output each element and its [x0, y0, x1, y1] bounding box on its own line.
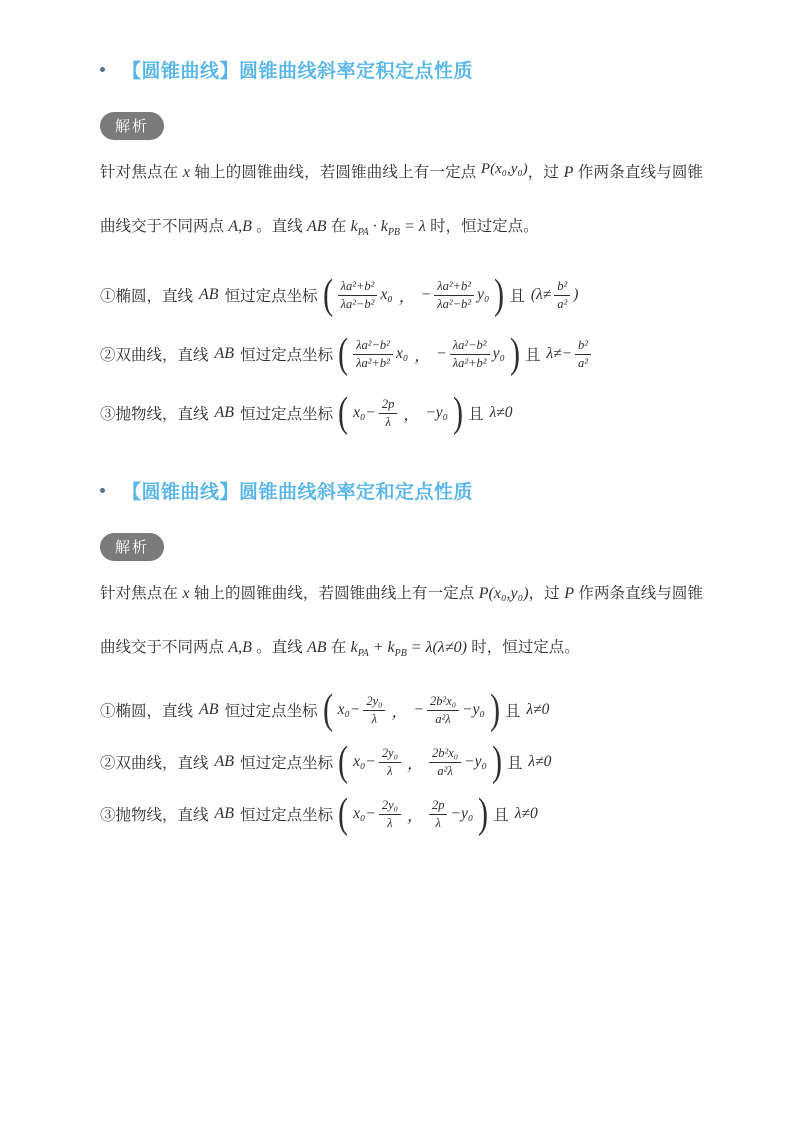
formula-label: ③抛物线，直线	[100, 803, 209, 825]
lambda-condition: λ≠0	[515, 805, 538, 823]
formula-hyperbola: ②双曲线，直线 AB 恒过定点坐标 ( λa²−b²λa²+b²x₀ ， −λa…	[100, 330, 703, 378]
and-label: 且	[468, 402, 484, 424]
and-label: 且	[493, 803, 509, 825]
formula-label-post: 恒过定点坐标	[240, 402, 333, 424]
close-paren: )	[510, 333, 520, 375]
formula-parabola: ③抛物线，直线 AB 恒过定点坐标 ( x₀−2pλ ， −y₀ ) 且 λ≠0	[100, 389, 703, 437]
page-content: 【圆锥曲线】圆锥曲线斜率定积定点性质 解析 针对焦点在 x 轴上的圆锥曲线，若圆…	[0, 0, 793, 837]
lambda-condition: λ≠0	[526, 701, 549, 719]
x-coordinate: x₀−2y₀λ	[353, 797, 401, 832]
section-heading: 【圆锥曲线】圆锥曲线斜率定积定点性质	[100, 56, 703, 83]
line-ab: AB	[199, 286, 219, 304]
close-paren: )	[494, 274, 504, 316]
line-ab: AB	[215, 404, 235, 422]
close-paren: )	[478, 793, 488, 835]
line-ab: AB	[215, 345, 235, 363]
section-slope-sum: 【圆锥曲线】圆锥曲线斜率定和定点性质 解析 针对焦点在 x 轴上的圆锥曲线，若圆…	[100, 477, 703, 837]
open-paren: (	[338, 741, 348, 783]
analysis-badge: 解析	[100, 533, 164, 561]
formula-hyperbola: ②双曲线，直线 AB 恒过定点坐标 ( x₀−2y₀λ ， 2b²x₀a²λ−y…	[100, 739, 703, 785]
lambda-condition: λ≠0	[490, 404, 513, 422]
and-label: 且	[505, 699, 521, 721]
coordinate-separator: ，	[399, 284, 415, 307]
formula-label-post: 恒过定点坐标	[225, 284, 318, 306]
formula-ellipse: ①椭圆，直线 AB 恒过定点坐标 ( x₀−2y₀λ ， −2b²x₀a²λ−y…	[100, 687, 703, 733]
formula-label: ②双曲线，直线	[100, 343, 209, 365]
formula-parabola: ③抛物线，直线 AB 恒过定点坐标 ( x₀−2y₀λ ， 2pλ−y₀ ) 且…	[100, 791, 703, 837]
formula-label: ①椭圆，直线	[100, 284, 193, 306]
x-coordinate: x₀−2y₀λ	[353, 745, 401, 780]
open-paren: (	[338, 793, 348, 835]
formula-label: ②双曲线，直线	[100, 751, 209, 773]
formula-label-post: 恒过定点坐标	[240, 803, 333, 825]
and-label: 且	[525, 343, 541, 365]
section-slope-product: 【圆锥曲线】圆锥曲线斜率定积定点性质 解析 针对焦点在 x 轴上的圆锥曲线，若圆…	[100, 56, 703, 437]
close-paren: )	[453, 392, 463, 434]
y-coordinate: −λa²−b²λa²+b²y₀	[436, 337, 505, 372]
intro-paragraph: 针对焦点在 x 轴上的圆锥曲线，若圆锥曲线上有一定点 P(x₀,y₀)，过 P …	[100, 567, 703, 681]
x-coordinate: λa²+b²λa²−b²x₀	[338, 278, 393, 313]
close-paren: )	[492, 741, 502, 783]
y-coordinate: 2b²x₀a²λ−y₀	[429, 745, 487, 780]
formula-label-post: 恒过定点坐标	[225, 699, 318, 721]
close-paren: )	[490, 689, 500, 731]
line-ab: AB	[215, 805, 235, 823]
intro-paragraph: 针对焦点在 x 轴上的圆锥曲线，若圆锥曲线上有一定点 P(x₀,y₀)，过 P …	[100, 146, 703, 260]
lambda-condition: λ≠−b²a²	[546, 337, 591, 372]
section-heading: 【圆锥曲线】圆锥曲线斜率定和定点性质	[100, 477, 703, 504]
open-paren: (	[323, 689, 333, 731]
lambda-condition: λ≠0	[528, 753, 551, 771]
formula-label-post: 恒过定点坐标	[240, 751, 333, 773]
formula-ellipse: ①椭圆，直线 AB 恒过定点坐标 ( λa²+b²λa²−b²x₀ ， −λa²…	[100, 271, 703, 319]
and-label: 且	[509, 284, 525, 306]
formula-label: ③抛物线，直线	[100, 402, 209, 424]
y-coordinate: 2pλ−y₀	[429, 797, 473, 832]
section-title: 【圆锥曲线】圆锥曲线斜率定和定点性质	[122, 477, 473, 504]
open-paren: (	[323, 274, 333, 316]
lambda-condition: (λ≠b²a²)	[531, 278, 579, 313]
y-coordinate: −λa²+b²λa²−b²y₀	[421, 278, 490, 313]
bullet-dot-icon	[100, 67, 105, 72]
formula-label-post: 恒过定点坐标	[240, 343, 333, 365]
bullet-dot-icon	[100, 488, 105, 493]
document-page: 【圆锥曲线】圆锥曲线斜率定积定点性质 解析 针对焦点在 x 轴上的圆锥曲线，若圆…	[0, 0, 793, 1122]
y-coordinate: −2b²x₀a²λ−y₀	[413, 693, 484, 728]
y-coordinate: −y₀	[425, 404, 448, 422]
x-coordinate: λa²−b²λa²+b²x₀	[353, 337, 408, 372]
coordinate-separator: ，	[407, 803, 423, 826]
x-coordinate: x₀−2y₀λ	[338, 693, 386, 728]
section-title: 【圆锥曲线】圆锥曲线斜率定积定点性质	[122, 56, 473, 83]
line-ab: AB	[199, 701, 219, 719]
and-label: 且	[507, 751, 523, 773]
x-coordinate: x₀−2pλ	[353, 396, 397, 431]
coordinate-separator: ，	[407, 751, 423, 774]
analysis-badge: 解析	[100, 112, 164, 140]
coordinate-separator: ，	[391, 699, 407, 722]
open-paren: (	[338, 392, 348, 434]
formula-label: ①椭圆，直线	[100, 699, 193, 721]
coordinate-separator: ，	[414, 343, 430, 366]
coordinate-separator: ，	[403, 402, 419, 425]
line-ab: AB	[215, 753, 235, 771]
open-paren: (	[338, 333, 348, 375]
